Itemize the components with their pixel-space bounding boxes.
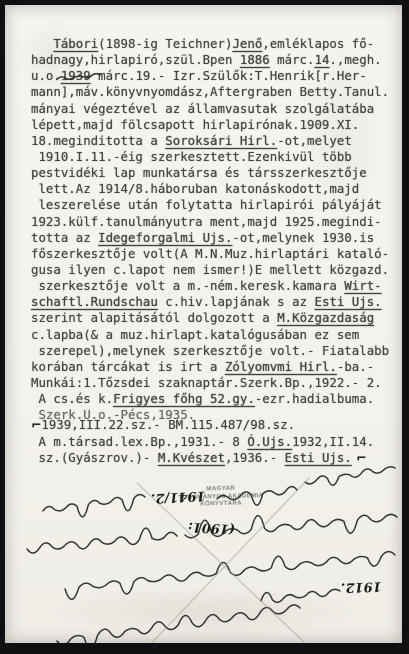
typed-text: (1898-ig Teichner) [98,36,232,51]
typed-text: szerint alapitásától dolgozott a [31,310,277,325]
typed-text: -ot,melyet [277,133,352,148]
typed-line: mann],máv.könyvnyomdász,Aftergraben Bett… [31,84,389,100]
underlined-typed-text: Ó.Ujs. [247,434,292,449]
underlined-typed-text: 1939 [61,68,91,83]
typed-text: márc.19.- Izr.Szülők:T.Henrik[r.Her- [91,68,367,83]
typed-text: c.hiv.lapjának s az [158,294,315,309]
underlined-typed-text: Frigyes főhg 52.gy. [113,391,255,406]
typed-line: gusa ilyen c.lapot nem ismer!)E mellett … [31,262,389,278]
underlined-typed-text: M.Kvészet [158,450,225,465]
typed-text: totta az [31,230,98,245]
typed-text: 18.meginditotta a [31,133,165,148]
typed-line: lett.Az 1914/8.háboruban katonáskodott,m… [31,181,389,197]
handwritten-number-1912: 1912. [341,578,382,594]
index-card: Tábori(1898-ig Teichner)Jenő,emléklapos … [5,5,402,643]
typed-text: 1932,II.14. [292,434,374,449]
typed-text: pestvidéki lap munkatársa és társszerkes… [31,165,367,180]
typed-line: 1910.I.11.-éig szerkesztett.Ezenkivül tö… [31,149,389,165]
handwritten-number-1941: 1941/2. [151,488,206,506]
handwritten-bracket-mark: ⌐ [352,450,367,465]
underlined-typed-text: Zólyomvmi Hirl. [225,359,337,374]
typed-line: 18.meginditotta a Soroksári Hirl.-ot,mel… [31,133,389,149]
typed-line: lépett,majd fölcsapott hirlapirónak.1909… [31,117,389,133]
typed-line: 1923.külf.tanulmányutra ment,majd 1925.m… [31,214,389,230]
typed-line: leszerelése után folytatta hirlapirói pá… [31,197,389,213]
typed-text: korában tárcákat is irt a [31,359,225,374]
handwritten-scrawl-line [57,605,300,643]
typed-line: A cs.és k.Frigyes főhg 52.gy.-ezr.hadial… [31,391,389,407]
typed-line: Szerk.U.o.-Pécs,1935. [31,407,389,423]
typed-text: A m.társad.lex.Bp.,1931.- 8 [31,434,247,449]
handwritten-scrawl-line [305,467,395,485]
typed-text: 1910.I.11.-éig szerkesztett.Ezenkivül tö… [31,149,352,164]
underlined-typed-text: Jenő [232,36,262,51]
underlined-typed-text: Wirt- [344,278,381,293]
typed-text: 1923.külf.tanulmányutra ment,majd 1925.m… [31,214,382,229]
typed-text: szerepel),melynek szerkesztője volt.- Fi… [31,343,389,358]
underlined-typed-text: M.Közgazdaság [277,310,374,325]
typed-text: mányai végeztével az államvasutak szolgá… [31,101,374,116]
typed-line: főszerkesztője volt(A M.N.Muz.hirlaptári… [31,246,389,262]
typed-text: sz.(Gyászrov.)- [31,450,158,465]
typed-text: mann],máv.könyvnyomdász,Aftergraben Bett… [31,84,389,99]
typed-line: szerepel),melynek szerkesztője volt.- Fi… [31,343,389,359]
typed-line: pestvidéki lap munkatársa és társszerkes… [31,165,389,181]
scan-frame: Tábori(1898-ig Teichner)Jenő,emléklapos … [0,0,409,654]
typed-text: hadnagy,hirlapiró,szül.Bpen [31,52,240,67]
typed-text: .,megh. [329,52,381,67]
underlined-typed-text: Idegeforgalmi Ujs. [98,230,232,245]
typed-line: totta az Idegeforgalmi Ujs.-ot,melynek 1… [31,230,389,246]
typed-line: mányai végeztével az államvasutak szolgá… [31,101,389,117]
handwritten-number-1901: (1901: [188,519,236,536]
typed-text: c.lapba(& a muz.hirlapt.katalógusában ez… [31,327,359,342]
underlined-typed-text: 14 [314,52,329,67]
underlined-typed-text: schaftl.Rundschau [31,294,158,309]
underlined-typed-text: Tábori [53,36,98,51]
typed-line: sz.(Gyászrov.)- M.Kvészet,1936.- Esti Uj… [31,450,389,466]
typed-text: -ot,melynek 1930.is [232,230,374,245]
typed-text: -ba.- [337,359,374,374]
typed-text [31,36,53,51]
typed-text: márc. [270,52,315,67]
typed-text: lett.Az 1914/8.háboruban katonáskodott,m… [31,181,359,196]
typed-line: szerint alapitásától dolgozott a M.Közga… [31,310,389,326]
underlined-typed-text: Esti Ujs. [314,294,381,309]
typed-line: szerkesztője volt a m.-ném.keresk.kamara… [31,278,389,294]
typed-text: szerkesztője volt a m.-ném.keresk.kamara [31,278,344,293]
typed-text: gusa ilyen c.lapot nem ismer!)E mellett … [31,262,389,277]
typed-line: c.lapba(& a muz.hirlapt.katalógusában ez… [31,327,389,343]
handwritten-scrawl-line [261,589,340,602]
typed-text: Szerk.U.o.-Pécs,1935. [31,407,195,422]
typed-text: ,1936.- [225,450,285,465]
typed-text: -ezr.hadialbuma. [255,391,374,406]
typed-line: hadnagy,hirlapiró,szül.Bpen 1886 márc.14… [31,52,389,68]
handwritten-scrawl-line [27,528,177,553]
typed-text: Munkái:1.Tőzsdei szaknaptár.Szerk.Bp.,19… [31,375,382,390]
typed-text: főszerkesztője volt(A M.N.Muz.hirlaptári… [31,246,389,261]
typed-line: Tábori(1898-ig Teichner)Jenő,emléklapos … [31,36,389,52]
typed-text-block: Tábori(1898-ig Teichner)Jenő,emléklapos … [31,36,389,466]
typed-line: schaftl.Rundschau c.hiv.lapjának s az Es… [31,294,389,310]
underlined-typed-text: Esti Ujs. [285,450,352,465]
typed-text: lépett,majd fölcsapott hirlapirónak.1909… [31,117,359,132]
typed-line: korában tárcákat is irt a Zólyomvmi Hirl… [31,359,389,375]
typed-text: leszerelése után folytatta hirlapirói pá… [31,197,382,212]
typed-line: A m.társad.lex.Bp.,1931.- 8 Ó.Ujs.1932,I… [31,434,389,450]
underlined-typed-text: 1886 [240,52,270,67]
typed-text: u.o. [31,68,61,83]
typed-line: Munkái:1.Tőzsdei szaknaptár.Szerk.Bp.,19… [31,375,389,391]
typed-line: u.o.1939 márc.19.- Izr.Szülők:T.Henrik[r… [31,68,389,84]
typed-text: ,emléklapos fő- [262,36,374,51]
typed-text: A cs.és k. [31,391,113,406]
handwritten-scrawl-line [43,495,145,517]
underlined-typed-text: Soroksári Hirl. [165,133,277,148]
